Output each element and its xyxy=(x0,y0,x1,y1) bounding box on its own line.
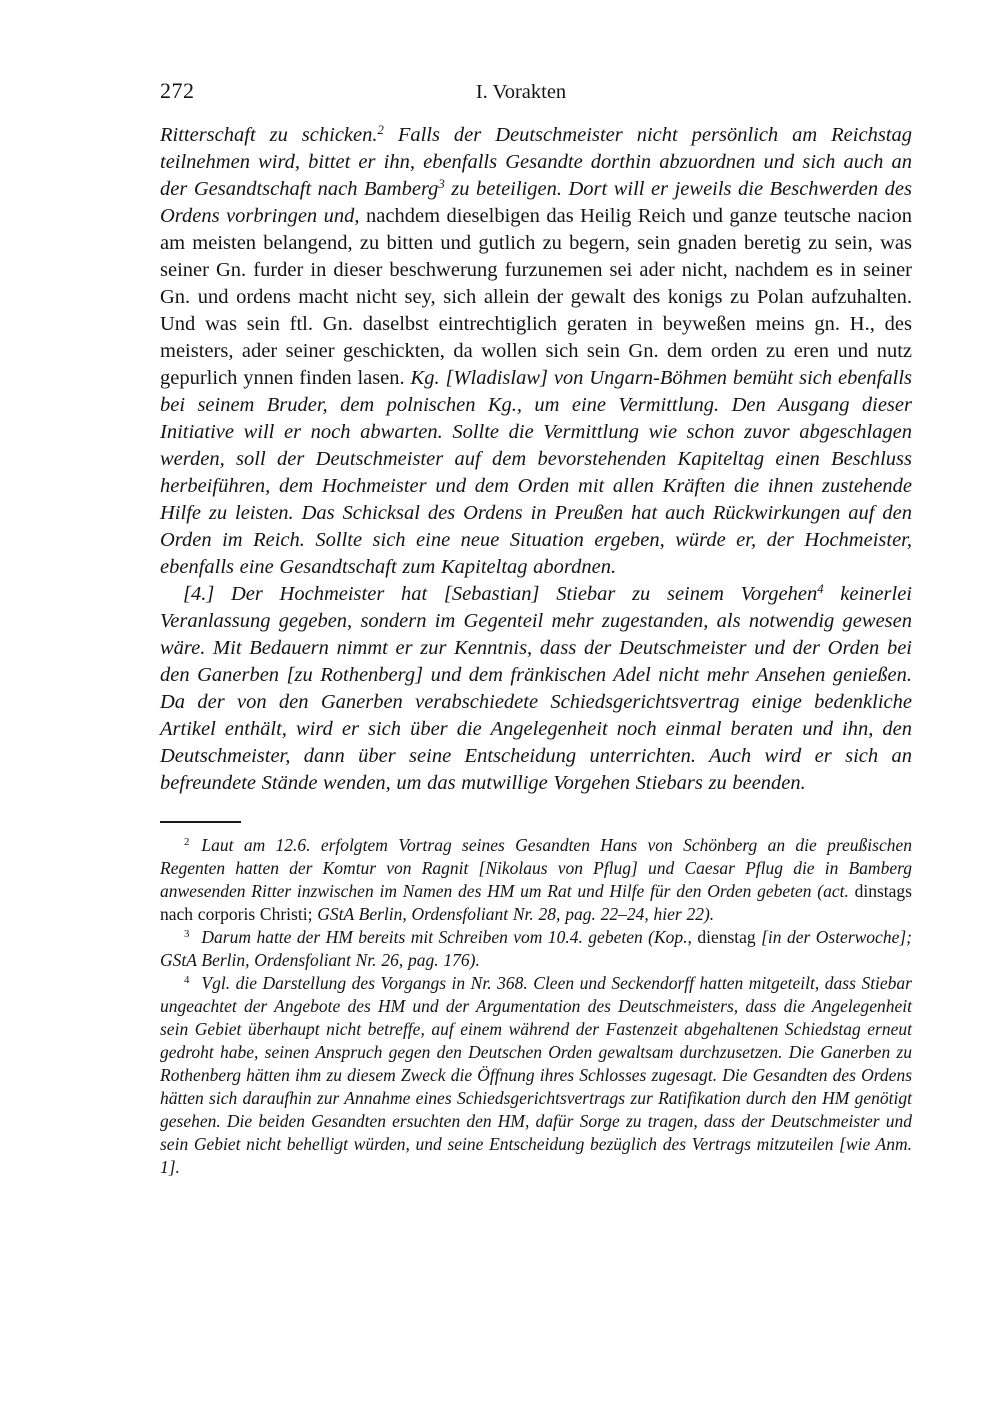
text-run-italic: Vgl. die Darstellung des Vorgangs in Nr.… xyxy=(160,973,912,1177)
footnote-marker: 4 xyxy=(184,974,189,986)
footnote-marker: 3 xyxy=(184,928,189,940)
page-header: 272 I. Vorakten xyxy=(160,78,912,108)
footnote: 3Darum hatte der HM bereits mit Schreibe… xyxy=(160,926,912,972)
footnotes-block: 2Laut am 12.6. erfolgtem Vortrag seines … xyxy=(160,834,912,1179)
body-paragraph: [4.] Der Hochmeister hat [Sebastian] Sti… xyxy=(160,581,912,797)
book-page: 272 I. Vorakten Ritterschaft zu schicken… xyxy=(0,0,1004,1418)
footnote-ref: 3 xyxy=(438,177,444,191)
footnote-separator-rule xyxy=(160,821,241,823)
text-run-italic: Darum hatte der HM bereits mit Schreiben… xyxy=(201,927,697,947)
text-run-roman: , nachdem dieselbigen das Heilig Reich u… xyxy=(160,205,912,389)
text-run-roman: dienstag xyxy=(697,927,761,947)
footnote-ref: 4 xyxy=(817,582,823,596)
running-head: I. Vorakten xyxy=(160,79,882,105)
text-run-italic: GStA Berlin, Ordensfoliant Nr. 28, pag. … xyxy=(312,904,714,924)
footnote-marker: 2 xyxy=(184,836,189,848)
text-run-italic: Kg. [Wladislaw] von Ungarn-Böhmen bemüht… xyxy=(160,367,912,578)
text-run-italic: [4.] Der Hochmeister hat [Sebastian] Sti… xyxy=(183,583,817,605)
main-text-block: Ritterschaft zu schicken.2 Falls der Deu… xyxy=(160,122,912,797)
footnote: 2Laut am 12.6. erfolgtem Vortrag seines … xyxy=(160,834,912,926)
text-run-italic: Ritterschaft zu schicken. xyxy=(160,124,378,146)
footnote: 4Vgl. die Darstellung des Vorgangs in Nr… xyxy=(160,972,912,1179)
footnote-ref: 2 xyxy=(378,123,384,137)
text-run-italic: keinerlei Veranlassung gegeben, sondern … xyxy=(160,583,912,794)
body-paragraph: Ritterschaft zu schicken.2 Falls der Deu… xyxy=(160,122,912,581)
text-run-italic: Laut am 12.6. erfolgtem Vortrag seines G… xyxy=(160,835,912,901)
